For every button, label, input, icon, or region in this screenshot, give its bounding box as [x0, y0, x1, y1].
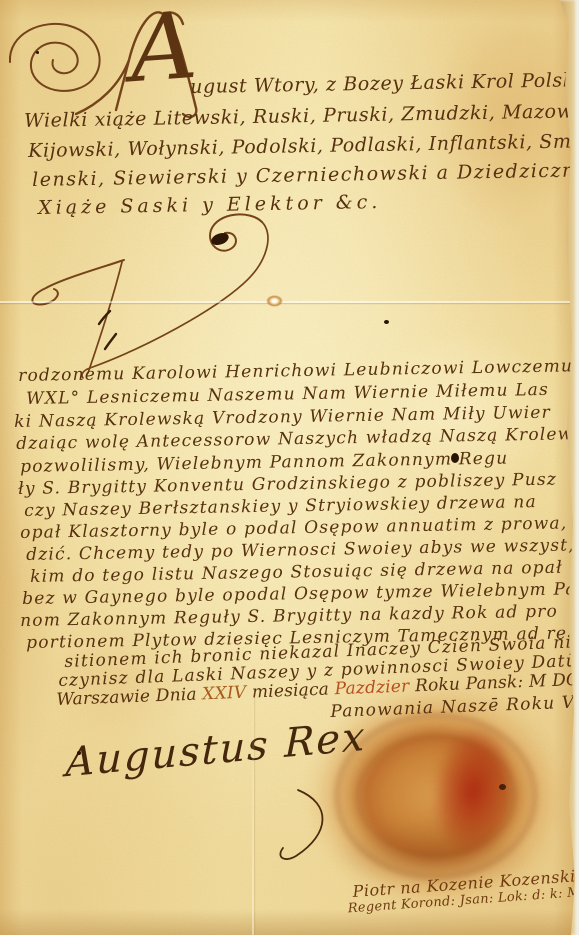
ink-speck [384, 320, 389, 324]
date-month: Pazdzier [334, 676, 410, 699]
ink-speck [36, 51, 39, 54]
corner-spiral-flourish [10, 24, 100, 91]
seal-dark-spot [499, 784, 506, 790]
parchment-paper: A ugust Wtory, z Bozey Łaski Krol Polski… [0, 0, 579, 935]
paraph-seven-head [32, 260, 124, 305]
date-mid: miesiąca [246, 679, 335, 702]
date-day: XXIV [202, 683, 247, 705]
fold-crease-vertical [252, 690, 254, 935]
fold-crease-horizontal [0, 301, 579, 303]
scanned-document: A ugust Wtory, z Bozey Łaski Krol Polski… [0, 0, 579, 935]
ink-blot [451, 453, 459, 463]
paper-hole [266, 295, 283, 307]
paraph-spiral [210, 214, 262, 250]
signature-flourish [280, 790, 322, 859]
ink-speck [77, 751, 81, 755]
paraph-sweep [82, 222, 268, 378]
header-initial-letter: A [127, 0, 200, 96]
